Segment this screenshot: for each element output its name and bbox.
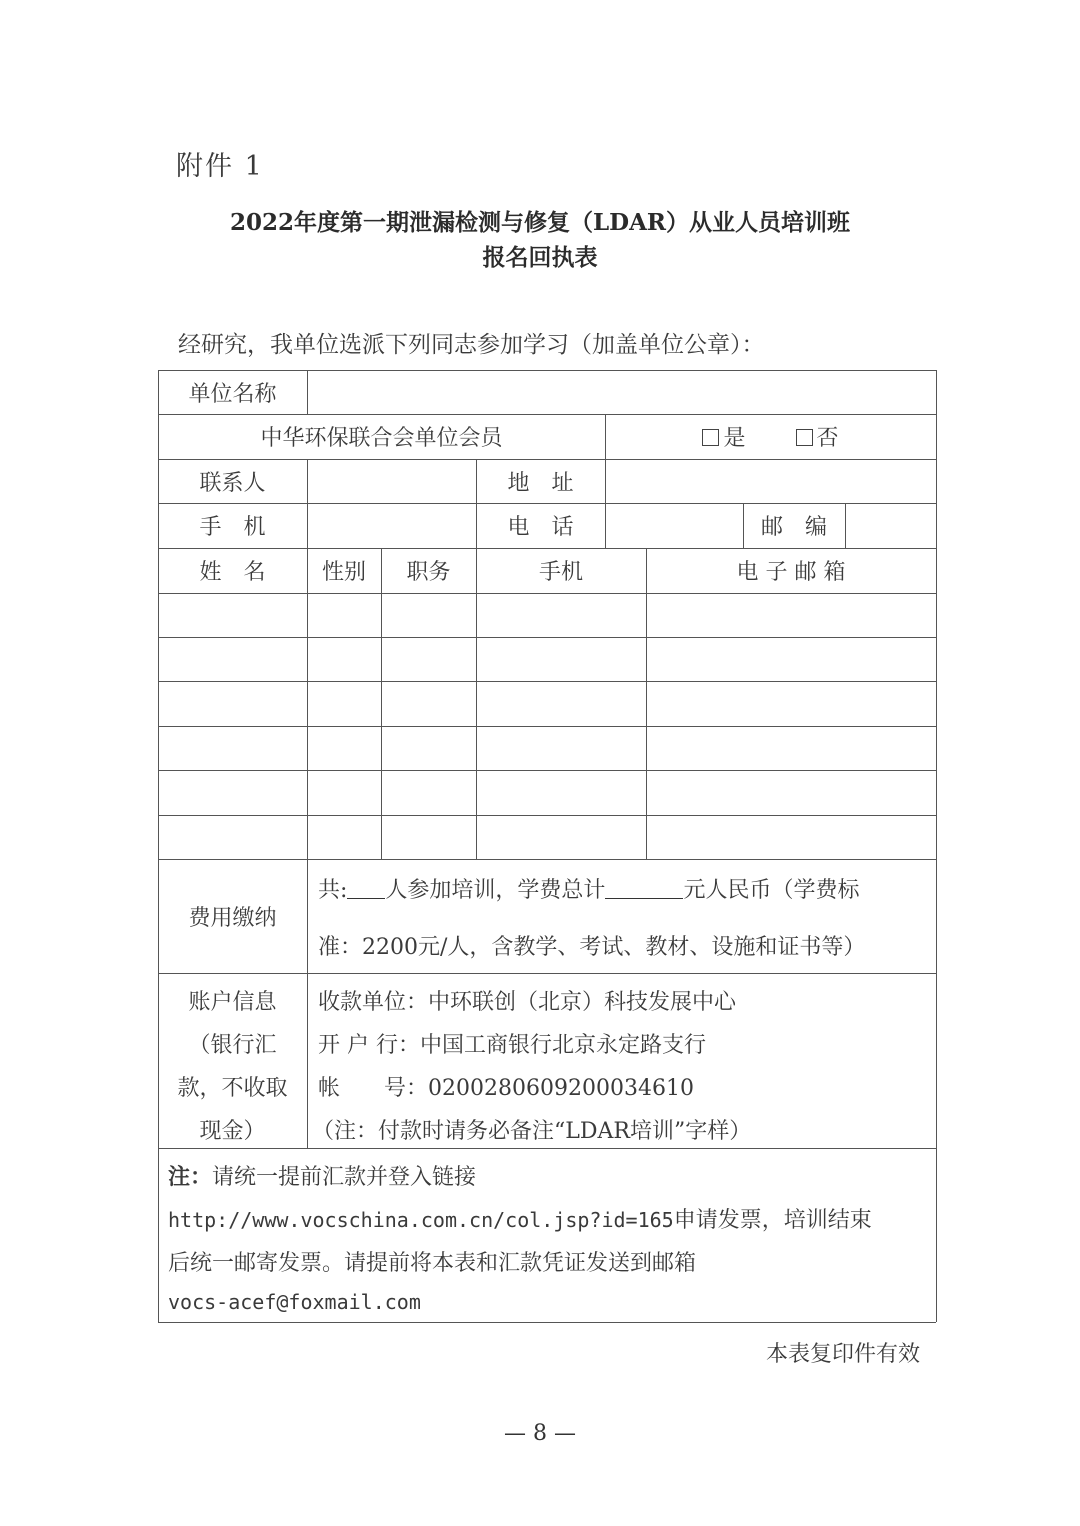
fee-line-2: 准：2200元/人，含教学、考试、教材、设施和证书等） bbox=[318, 930, 865, 961]
attendee-email-field[interactable] bbox=[648, 639, 935, 680]
fee-line-1: 共:人参加培训，学费总计元人民币（学费标 bbox=[318, 873, 859, 904]
table-border bbox=[307, 459, 308, 548]
payment-remark: （注：付款时请务必备注“LDAR培训”字样） bbox=[312, 1114, 751, 1145]
contact-email-link[interactable]: vocs-acef@foxmail.com bbox=[168, 1290, 421, 1314]
postcode-label: 邮 编 bbox=[743, 503, 845, 548]
attendee-email-field[interactable] bbox=[648, 683, 935, 725]
attendee-position-field[interactable] bbox=[383, 683, 475, 725]
col-gender-header: 性别 bbox=[307, 548, 381, 593]
phone-field[interactable] bbox=[607, 505, 742, 547]
table-border bbox=[845, 503, 846, 548]
attendee-mobile-field[interactable] bbox=[478, 817, 645, 858]
contact-field[interactable] bbox=[309, 461, 475, 502]
attendee-email-field[interactable] bbox=[648, 772, 935, 814]
col-mobile-header: 手机 bbox=[476, 548, 646, 593]
checkbox-icon[interactable] bbox=[796, 429, 813, 446]
form-subtitle: 报名回执表 bbox=[0, 239, 1080, 272]
attendee-position-field[interactable] bbox=[383, 728, 475, 769]
table-border bbox=[158, 593, 936, 594]
table-border bbox=[158, 770, 936, 771]
total-amount-field[interactable] bbox=[605, 880, 683, 899]
attendee-mobile-field[interactable] bbox=[478, 728, 645, 769]
attendee-mobile-field[interactable] bbox=[478, 639, 645, 680]
account-label-line-1: 账户信息 bbox=[158, 985, 307, 1015]
unit-name-label: 单位名称 bbox=[158, 370, 307, 414]
note-line-3: 后统一邮寄发票。请提前将本表和汇款凭证发送到邮箱 bbox=[168, 1246, 696, 1277]
table-border bbox=[158, 1322, 936, 1323]
bank-info: 开 户 行：中国工商银行北京永定路支行 bbox=[318, 1028, 706, 1059]
attendee-position-field[interactable] bbox=[383, 639, 475, 680]
table-border bbox=[307, 859, 308, 1148]
member-no-option[interactable]: 否 bbox=[796, 421, 839, 452]
address-label: 地 址 bbox=[476, 459, 605, 503]
payee-info: 收款单位：中环联创（北京）科技发展中心 bbox=[318, 985, 736, 1016]
copy-valid-note: 本表复印件有效 bbox=[766, 1337, 920, 1368]
table-border bbox=[307, 548, 308, 859]
table-border bbox=[605, 459, 606, 548]
page-number: — 8 — bbox=[0, 1421, 1080, 1446]
people-count-field[interactable] bbox=[347, 880, 385, 899]
member-label: 中华环保联合会单位会员 bbox=[158, 414, 605, 459]
mobile-label: 手 机 bbox=[158, 503, 307, 548]
attendee-name-field[interactable] bbox=[160, 595, 306, 636]
attendee-name-field[interactable] bbox=[160, 683, 306, 725]
account-number: 0200280609200034610 bbox=[428, 1076, 694, 1101]
table-border bbox=[307, 370, 308, 414]
table-border bbox=[158, 681, 936, 682]
col-name-header: 姓 名 bbox=[158, 548, 307, 593]
attendee-position-field[interactable] bbox=[383, 772, 475, 814]
col-email-header: 电 子 邮 箱 bbox=[646, 548, 936, 593]
attendee-mobile-field[interactable] bbox=[478, 772, 645, 814]
attendee-gender-field[interactable] bbox=[309, 683, 380, 725]
table-border bbox=[381, 548, 382, 859]
note-line-1: 注：请统一提前汇款并登入链接 bbox=[168, 1160, 476, 1191]
attendee-mobile-field[interactable] bbox=[478, 595, 645, 636]
account-label-line-4: 现金） bbox=[158, 1114, 307, 1144]
col-position-header: 职务 bbox=[381, 548, 476, 593]
attendee-name-field[interactable] bbox=[160, 817, 306, 858]
member-yes-option[interactable]: 是 bbox=[702, 421, 745, 452]
address-field[interactable] bbox=[607, 461, 935, 502]
account-number-info: 帐 号：0200280609200034610 bbox=[318, 1071, 694, 1102]
mobile-field[interactable] bbox=[309, 505, 475, 547]
attendee-name-field[interactable] bbox=[160, 772, 306, 814]
attendee-gender-field[interactable] bbox=[309, 817, 380, 858]
fee-label: 费用缴纳 bbox=[158, 859, 307, 973]
contact-label: 联系人 bbox=[158, 459, 307, 503]
form-title: 2022年度第一期泄漏检测与修复（LDAR）从业人员培训班 bbox=[0, 204, 1080, 237]
table-border bbox=[158, 726, 936, 727]
attendee-position-field[interactable] bbox=[383, 817, 475, 858]
member-options: 是 否 bbox=[605, 414, 936, 459]
table-border bbox=[646, 548, 647, 859]
attendee-gender-field[interactable] bbox=[309, 772, 380, 814]
attendee-name-field[interactable] bbox=[160, 639, 306, 680]
table-border bbox=[158, 815, 936, 816]
postcode-field[interactable] bbox=[847, 505, 935, 547]
unit-name-field[interactable] bbox=[309, 372, 935, 413]
table-border bbox=[476, 548, 477, 859]
attendee-gender-field[interactable] bbox=[309, 639, 380, 680]
table-border bbox=[158, 1148, 936, 1149]
note-line-2: http://www.vocschina.com.cn/col.jsp?id=1… bbox=[168, 1203, 872, 1234]
table-border bbox=[936, 370, 937, 1322]
attendee-email-field[interactable] bbox=[648, 817, 935, 858]
checkbox-icon[interactable] bbox=[702, 429, 719, 446]
table-border bbox=[158, 637, 936, 638]
attendee-gender-field[interactable] bbox=[309, 728, 380, 769]
account-label-line-3: 款，不收取 bbox=[158, 1071, 307, 1101]
invoice-link[interactable]: http://www.vocschina.com.cn/col.jsp?id=1… bbox=[168, 1208, 674, 1232]
attendee-email-field[interactable] bbox=[648, 728, 935, 769]
phone-label: 电 话 bbox=[476, 503, 605, 548]
attendee-mobile-field[interactable] bbox=[478, 683, 645, 725]
attendee-email-field[interactable] bbox=[648, 595, 935, 636]
attendee-gender-field[interactable] bbox=[309, 595, 380, 636]
intro-text: 经研究，我单位选派下列同志参加学习（加盖单位公章）： bbox=[178, 326, 765, 359]
account-label-line-2: （银行汇 bbox=[158, 1028, 307, 1058]
attachment-label: 附件 1 bbox=[176, 144, 264, 183]
attendee-position-field[interactable] bbox=[383, 595, 475, 636]
attendee-name-field[interactable] bbox=[160, 728, 306, 769]
table-border bbox=[158, 973, 936, 974]
